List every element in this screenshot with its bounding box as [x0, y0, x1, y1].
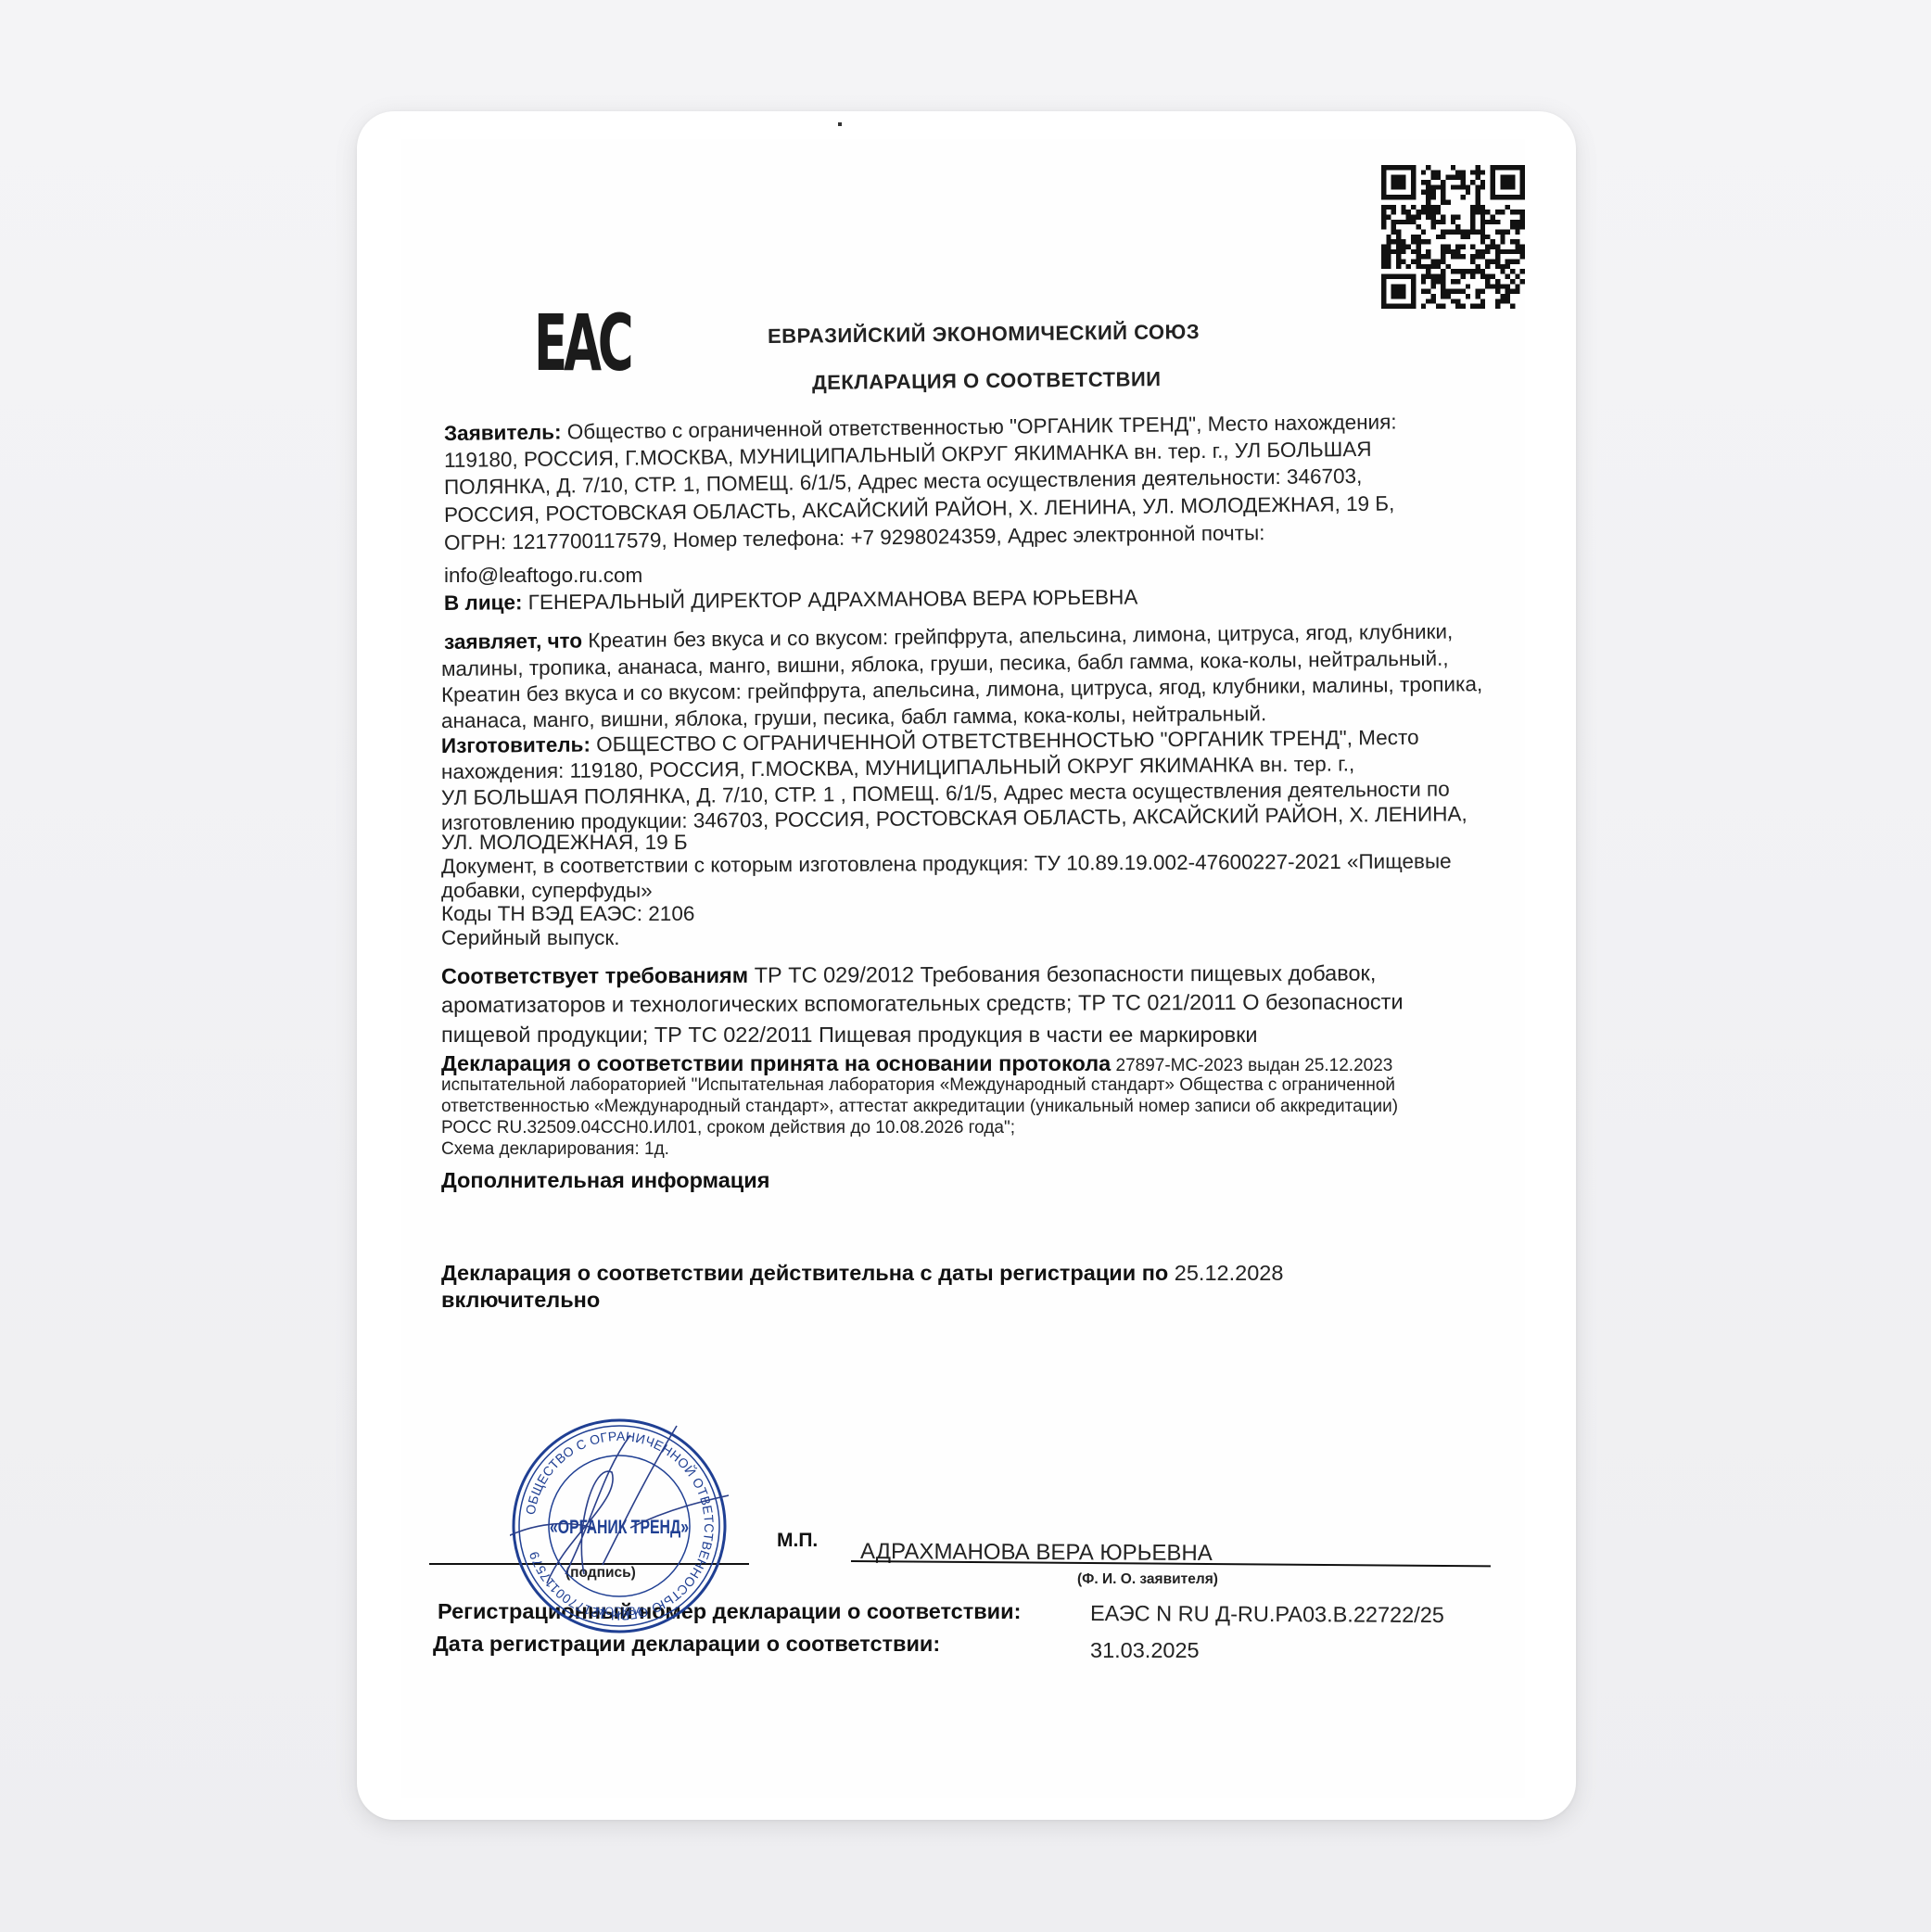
- protocol-line-1: Декларация о соответствии принята на осн…: [441, 1051, 1392, 1076]
- applicant-label: Заявитель:: [444, 420, 562, 445]
- requirements-line-2: ароматизаторов и технологических вспомог…: [441, 989, 1404, 1018]
- requirements-line-1: Соответствует требованиям ТР ТС 029/2012…: [441, 960, 1376, 989]
- registration-date-label: Дата регистрации декларации о соответств…: [433, 1632, 940, 1657]
- svg-text:«ОРГАНИК ТРЕНД»: «ОРГАНИК ТРЕНД»: [550, 1517, 689, 1538]
- name-caption: (Ф. И. О. заявителя): [1077, 1571, 1218, 1588]
- document-title: ДЕКЛАРАЦИЯ О СООТВЕТСТВИИ: [812, 367, 1162, 395]
- tn-ved-codes: Коды ТН ВЭД ЕАЭС: 2106: [441, 902, 694, 926]
- svg-text:МОСКВА: МОСКВА: [596, 1605, 643, 1618]
- qr-code-icon: [1381, 165, 1525, 309]
- protocol-line-4: РОСС RU.32509.04ССН0.ИЛ01, сроком действ…: [441, 1118, 1015, 1138]
- seal-label: М.П.: [777, 1530, 818, 1552]
- registration-date: 31.03.2025: [1090, 1638, 1200, 1663]
- manufacturer-line-5: УЛ. МОЛОДЕЖНАЯ, 19 Б: [441, 831, 688, 855]
- union-title: ЕВРАЗИЙСКИЙ ЭКОНОМИЧЕСКИЙ СОЮЗ: [768, 320, 1200, 349]
- applicant-email: info@leaftogo.ru.com: [444, 564, 642, 588]
- validity-line: Декларация о соответствии действительна …: [441, 1261, 1283, 1286]
- declaration-scheme: Схема декларирования: 1д.: [441, 1139, 669, 1160]
- registration-number: ЕАЭС N RU Д-RU.PA03.B.22722/25: [1090, 1601, 1444, 1628]
- validity-suffix: включительно: [441, 1288, 600, 1313]
- eac-logo: ЕАС: [534, 304, 629, 382]
- document-line-2: добавки, суперфуды»: [441, 879, 653, 903]
- requirements-line-3: пищевой продукции; ТР ТС 022/2011 Пищева…: [441, 1023, 1258, 1048]
- company-stamp-icon: ОБЩЕСТВО С ОГРАНИЧЕННОЙ ОТВЕТСТВЕННОСТЬЮ…: [510, 1417, 729, 1635]
- protocol-line-2: испытательной лабораторией "Испытательна…: [441, 1075, 1395, 1096]
- additional-info-heading: Дополнительная информация: [441, 1168, 769, 1193]
- scan-speck: [838, 122, 842, 126]
- serial-release: Серийный выпуск.: [441, 926, 619, 950]
- protocol-line-3: ответственностью «Международный стандарт…: [441, 1097, 1398, 1117]
